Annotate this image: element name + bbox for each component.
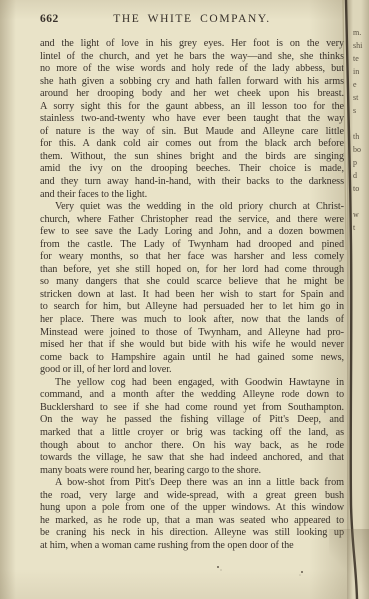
edge-text-fragment [353, 195, 369, 208]
text-line: Minstead were joined to those of Twynham… [40, 327, 344, 340]
text-line: come back to Hampshire again until he ha… [40, 352, 344, 365]
edge-text-fragment: shi [353, 39, 369, 52]
text-line: and they turn away hand-in-hand, with th… [40, 176, 344, 189]
text-line: them. Without, the sun shines bright and… [40, 151, 344, 164]
edge-text-fragment: s [353, 104, 369, 117]
text-line: A bow-shot from Pitt's Deep there was an… [40, 477, 344, 490]
text-line: marked that a little croyer or brig was … [40, 427, 344, 440]
text-line: of nature is the way of sin. But Maude a… [40, 126, 344, 139]
edge-fragments: m.shiteineststhbopdtowt [353, 26, 369, 234]
text-line: good or ill, of her lord and lover. [40, 364, 344, 377]
text-line: command, and a month after the wedding A… [40, 389, 344, 402]
ink-speck [217, 566, 219, 568]
edge-text-fragment: d [353, 169, 369, 182]
text-line: church, where Father Christopher read th… [40, 214, 344, 227]
text-line: Bucklershard to see if she had come roun… [40, 402, 344, 415]
text-line: On the way he passed the fishing village… [40, 414, 344, 427]
edge-text-fragment: p [353, 156, 369, 169]
page-body: and the light of love in his grey eyes. … [40, 38, 344, 552]
text-line: lintel of the church, and yet he bars th… [40, 51, 344, 64]
text-line: she hath given a sobbing cry and hath fa… [40, 76, 344, 89]
text-line: mised her that if she would but bide wit… [40, 339, 344, 352]
text-line: stricken down at last. It had been her w… [40, 289, 344, 302]
text-line: no more of the wise words and holy rede … [40, 63, 344, 76]
text-line: at him, when a woman came rushing from t… [40, 540, 344, 553]
edge-text-fragment: to [353, 182, 369, 195]
text-line: A sorry sight this for the gaunt abbess,… [40, 101, 344, 114]
text-line: Very quiet was the wedding in the old pr… [40, 201, 344, 214]
running-title: THE WHITE COMPANY. [40, 13, 344, 25]
edge-text-fragment: bo [353, 143, 369, 156]
text-line: few to see save the Lady Loring and John… [40, 226, 344, 239]
text-line: towards the village, he saw that she had… [40, 452, 344, 465]
edge-text-fragment: st [353, 91, 369, 104]
edge-text-fragment: w [353, 208, 369, 221]
text-line: he marked, as he rode up, that a man was… [40, 515, 344, 528]
text-line: amid the ivy on the drooping beeches. Th… [40, 163, 344, 176]
edge-text-fragment: e [353, 78, 369, 91]
edge-text-fragment [353, 117, 369, 130]
edge-text-fragment: m. [353, 26, 369, 39]
text-line: many boats were round her, bearing cargo… [40, 465, 344, 478]
text-line: so many dangers that she could scarce be… [40, 276, 344, 289]
next-page-edge: m.shiteineststhbopdtowt [347, 0, 369, 599]
text-line: and the light of love in his grey eyes. … [40, 38, 344, 51]
edge-text-fragment: th [353, 130, 369, 143]
edge-text-fragment: te [353, 52, 369, 65]
text-line: around her drooping body and her wet che… [40, 88, 344, 101]
edge-text-fragment: t [353, 221, 369, 234]
text-line: to search for him, but Alleyne had persu… [40, 301, 344, 314]
text-line: though about to anchor there. On his way… [40, 440, 344, 453]
text-line: her place. There was much to look after,… [40, 314, 344, 327]
edge-text-fragment: in [353, 65, 369, 78]
ink-speck [301, 571, 303, 573]
page-corner-shade [329, 529, 369, 599]
text-line: the road, very large and wide-spread, wi… [40, 490, 344, 503]
text-line: The yellow cog had been engaged, with Go… [40, 377, 344, 390]
book-page: 662 THE WHITE COMPANY. and the light of … [0, 0, 369, 599]
text-line: hung upon a pole from one of the upper w… [40, 502, 344, 515]
text-line: be craning his neck in his direction. Al… [40, 527, 344, 540]
text-line: for weary months, so that her face was h… [40, 251, 344, 264]
running-head: 662 THE WHITE COMPANY. [40, 13, 344, 29]
text-line: and their faces to the light. [40, 189, 344, 202]
text-line: from the castle. The Lady of Twynham had… [40, 239, 344, 252]
text-line: for this. A dank cold air comes out from… [40, 138, 344, 151]
text-line: stainless two-and-twenty who have ever b… [40, 113, 344, 126]
text-line: than before, yet she still hoped on, for… [40, 264, 344, 277]
